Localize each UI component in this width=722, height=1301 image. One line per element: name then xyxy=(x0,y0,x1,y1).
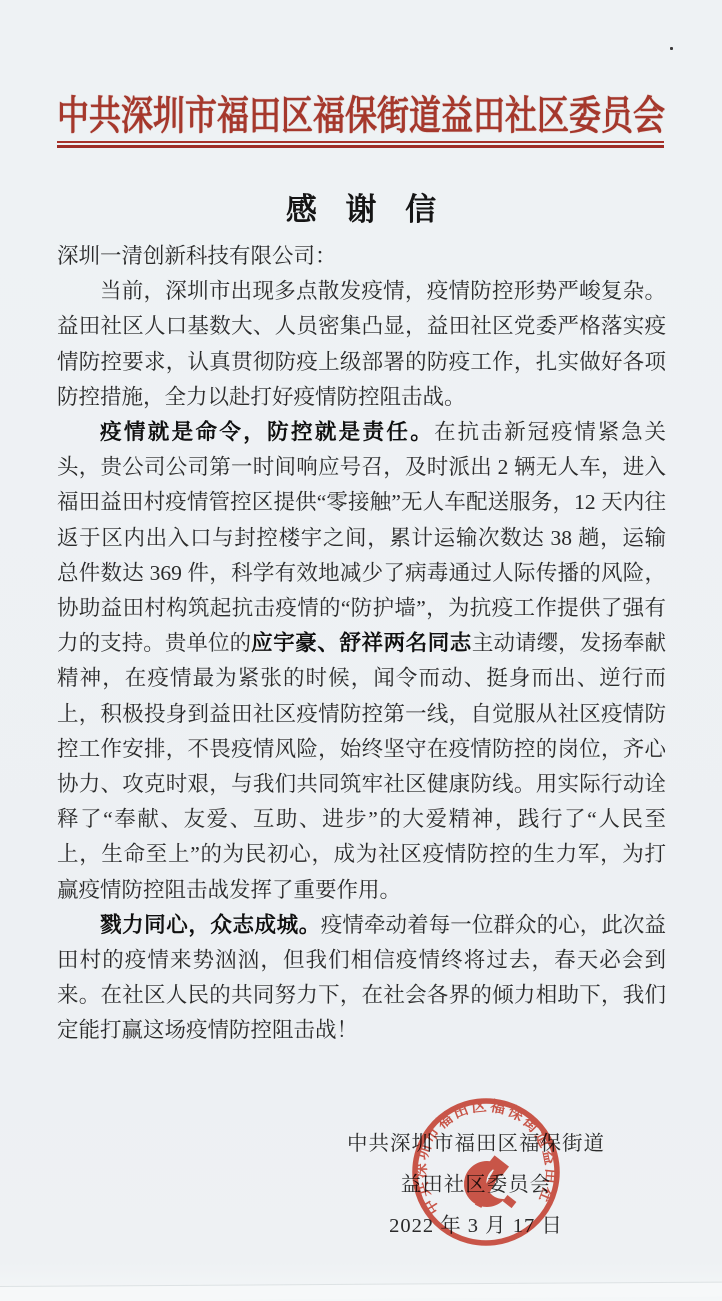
paragraph-3: 戮力同心，众志成城。疫情牵动着每一位群众的心，此次益田村的疫情来势汹汹，但我们相… xyxy=(57,908,666,1049)
signature-org-line1: 中共深圳市福田区福保街道 xyxy=(330,1124,622,1165)
org-header-title: 中共深圳市福田区福保街道益田社区委员会 xyxy=(57,84,665,141)
signature-block: 中共深圳市福田区福保街道 益田社区委员会 2022 年 3 月 17 日 xyxy=(330,1124,622,1247)
signature-org-line2: 益田社区委员会 xyxy=(330,1165,622,1206)
signature-date: 2022 年 3 月 17 日 xyxy=(330,1206,622,1247)
paragraph-2-lead-bold: 疫情就是命令，防控就是责任。 xyxy=(100,420,434,444)
paragraph-2: 疫情就是命令，防控就是责任。在抗击新冠疫情紧急关头，贵公司公司第一时间响应号召，… xyxy=(57,415,666,908)
letter-page: 中共深圳市福田区福保街道益田社区委员会 感 谢 信 深圳一清创新科技有限公司： … xyxy=(0,0,722,1301)
header-red-rule xyxy=(57,141,664,148)
paragraph-1: 当前，深圳市出现多点散发疫情，疫情防控形势严峻复杂。益田社区人口基数大、人员密集… xyxy=(57,274,666,415)
paragraph-2-text-a: 在抗击新冠疫情紧急关头，贵公司公司第一时间响应号召，及时派出 2 辆无人车，进入… xyxy=(57,420,666,655)
paragraph-3-lead-bold: 戮力同心，众志成城。 xyxy=(100,913,321,937)
letter-body: 深圳一清创新科技有限公司： 当前，深圳市出现多点散发疫情，疫情防控形势严峻复杂。… xyxy=(57,239,666,1049)
page-bottom-edge xyxy=(0,1282,722,1301)
scan-artifact-dot xyxy=(670,47,673,50)
salutation: 深圳一清创新科技有限公司： xyxy=(57,239,666,274)
letter-title: 感 谢 信 xyxy=(0,184,722,229)
paragraph-2-text-b: 主动请缨，发扬奉献精神，在疫情最为紧张的时候，闻令而动、挺身而出、逆行而上，积极… xyxy=(57,631,666,901)
paragraph-2-names-bold: 应宇豪、舒祥两名同志 xyxy=(251,631,472,655)
